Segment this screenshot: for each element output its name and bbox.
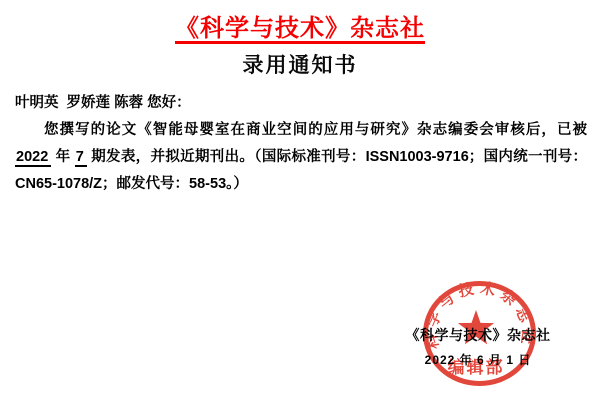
body-paragraph: 您撰写的论文《智能母婴室在商业空间的应用与研究》杂志编委会审核后，已被 2022… bbox=[15, 117, 587, 198]
editorial-office-seal-stamp: 科学与技术杂志社 编辑部 bbox=[423, 281, 536, 386]
seal-star-icon bbox=[458, 310, 494, 344]
notice-title: 录用通知书 bbox=[0, 49, 600, 79]
letter-body: 叶明英 罗娇莲 陈蓉 您好： 您撰写的论文《智能母婴室在商业空间的应用与研究》杂… bbox=[15, 90, 587, 198]
seal-arc-text-container: 科学与技术杂志社 bbox=[423, 281, 536, 351]
paragraph-text-after-issue: 期发表，并拟近期刊出。（国际标准刊号：ISSN1003-9716；国内统一刊号：… bbox=[15, 149, 587, 192]
publication-year: 2022 bbox=[15, 149, 51, 167]
paragraph-text-between: 年 bbox=[51, 149, 75, 165]
seal-arc-text: 科学与技术杂志社 bbox=[423, 281, 536, 351]
salutation-line: 叶明英 罗娇莲 陈蓉 您好： bbox=[15, 90, 587, 117]
paragraph-text-before-year: 您撰写的论文《智能母婴室在商业空间的应用与研究》杂志编委会审核后，已被 bbox=[44, 122, 587, 138]
journal-title: 《科学与技术》杂志社 bbox=[0, 8, 600, 43]
journal-title-text: 《科学与技术》杂志社 bbox=[172, 15, 428, 42]
seal-department-text: 编辑部 bbox=[448, 357, 505, 377]
publication-issue: 7 bbox=[75, 149, 87, 167]
acceptance-notice-document: 《科学与技术》杂志社 录用通知书 叶明英 罗娇莲 陈蓉 您好： 您撰写的论文《智… bbox=[0, 0, 600, 400]
